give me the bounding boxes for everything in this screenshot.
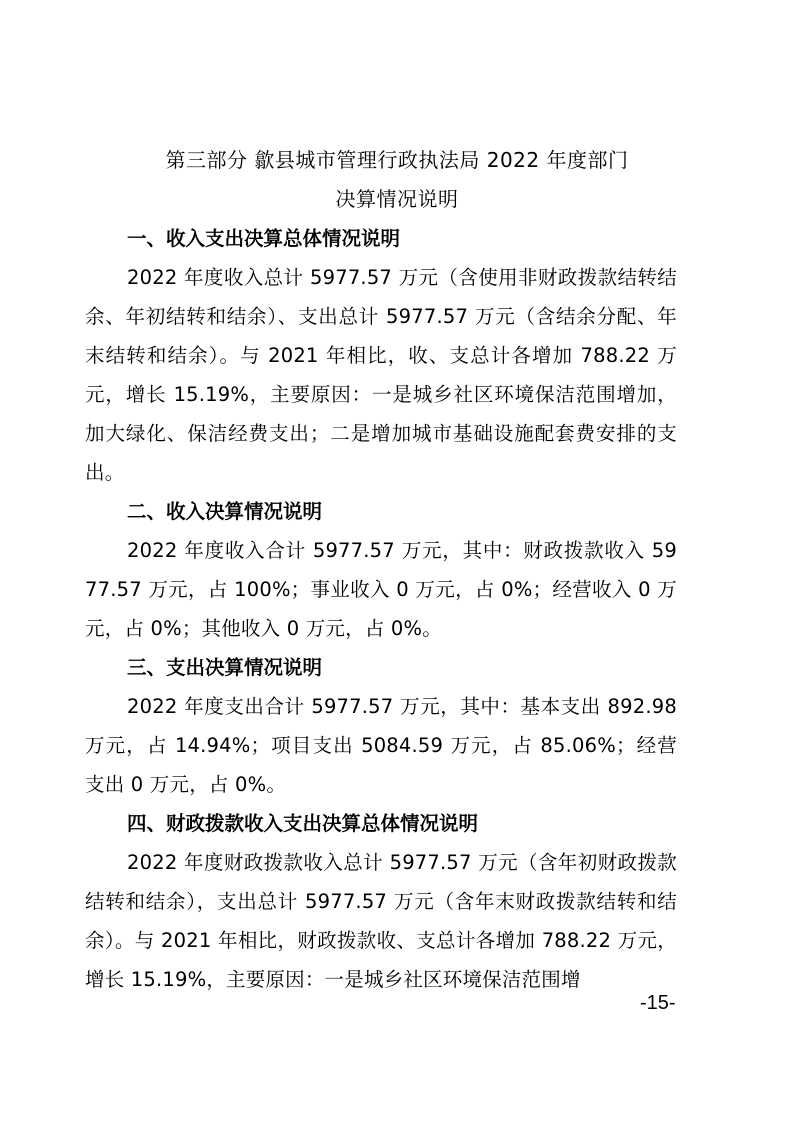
section-income-details: 二、收入决算情况说明 2022 年度收入合计 5977.57 万元，其中：财政拨… bbox=[85, 492, 677, 648]
section-paragraph: 2022 年度收入合计 5977.57 万元，其中：财政拨款收入 5977.57… bbox=[85, 531, 677, 648]
section-paragraph: 2022 年度收入总计 5977.57 万元（含使用非财政拨款结转结余、年初结转… bbox=[85, 258, 677, 492]
section-expenditure-details: 三、支出决算情况说明 2022 年度支出合计 5977.57 万元，其中：基本支… bbox=[85, 648, 677, 804]
section-paragraph: 2022 年度财政拨款收入总计 5977.57 万元（含年初财政拨款结转和结余）… bbox=[85, 843, 677, 999]
page-number: -15- bbox=[640, 991, 676, 1015]
section-income-expenditure-overview: 一、收入支出决算总体情况说明 2022 年度收入总计 5977.57 万元（含使… bbox=[85, 219, 677, 492]
section-paragraph: 2022 年度支出合计 5977.57 万元，其中：基本支出 892.98 万元… bbox=[85, 687, 677, 804]
section-heading: 一、收入支出决算总体情况说明 bbox=[85, 219, 677, 258]
document-body: 一、收入支出决算总体情况说明 2022 年度收入总计 5977.57 万元（含使… bbox=[85, 219, 677, 999]
section-fiscal-appropriation-overview: 四、财政拨款收入支出决算总体情况说明 2022 年度财政拨款收入总计 5977.… bbox=[85, 804, 677, 999]
document-title: 第三部分 歙县城市管理行政执法局 2022 年度部门 决算情况说明 bbox=[0, 141, 794, 219]
title-line-1: 第三部分 歙县城市管理行政执法局 2022 年度部门 bbox=[0, 141, 794, 180]
document-page: 第三部分 歙县城市管理行政执法局 2022 年度部门 决算情况说明 一、收入支出… bbox=[0, 0, 794, 1122]
section-heading: 四、财政拨款收入支出决算总体情况说明 bbox=[85, 804, 677, 843]
section-heading: 三、支出决算情况说明 bbox=[85, 648, 677, 687]
title-line-2: 决算情况说明 bbox=[0, 180, 794, 219]
section-heading: 二、收入决算情况说明 bbox=[85, 492, 677, 531]
